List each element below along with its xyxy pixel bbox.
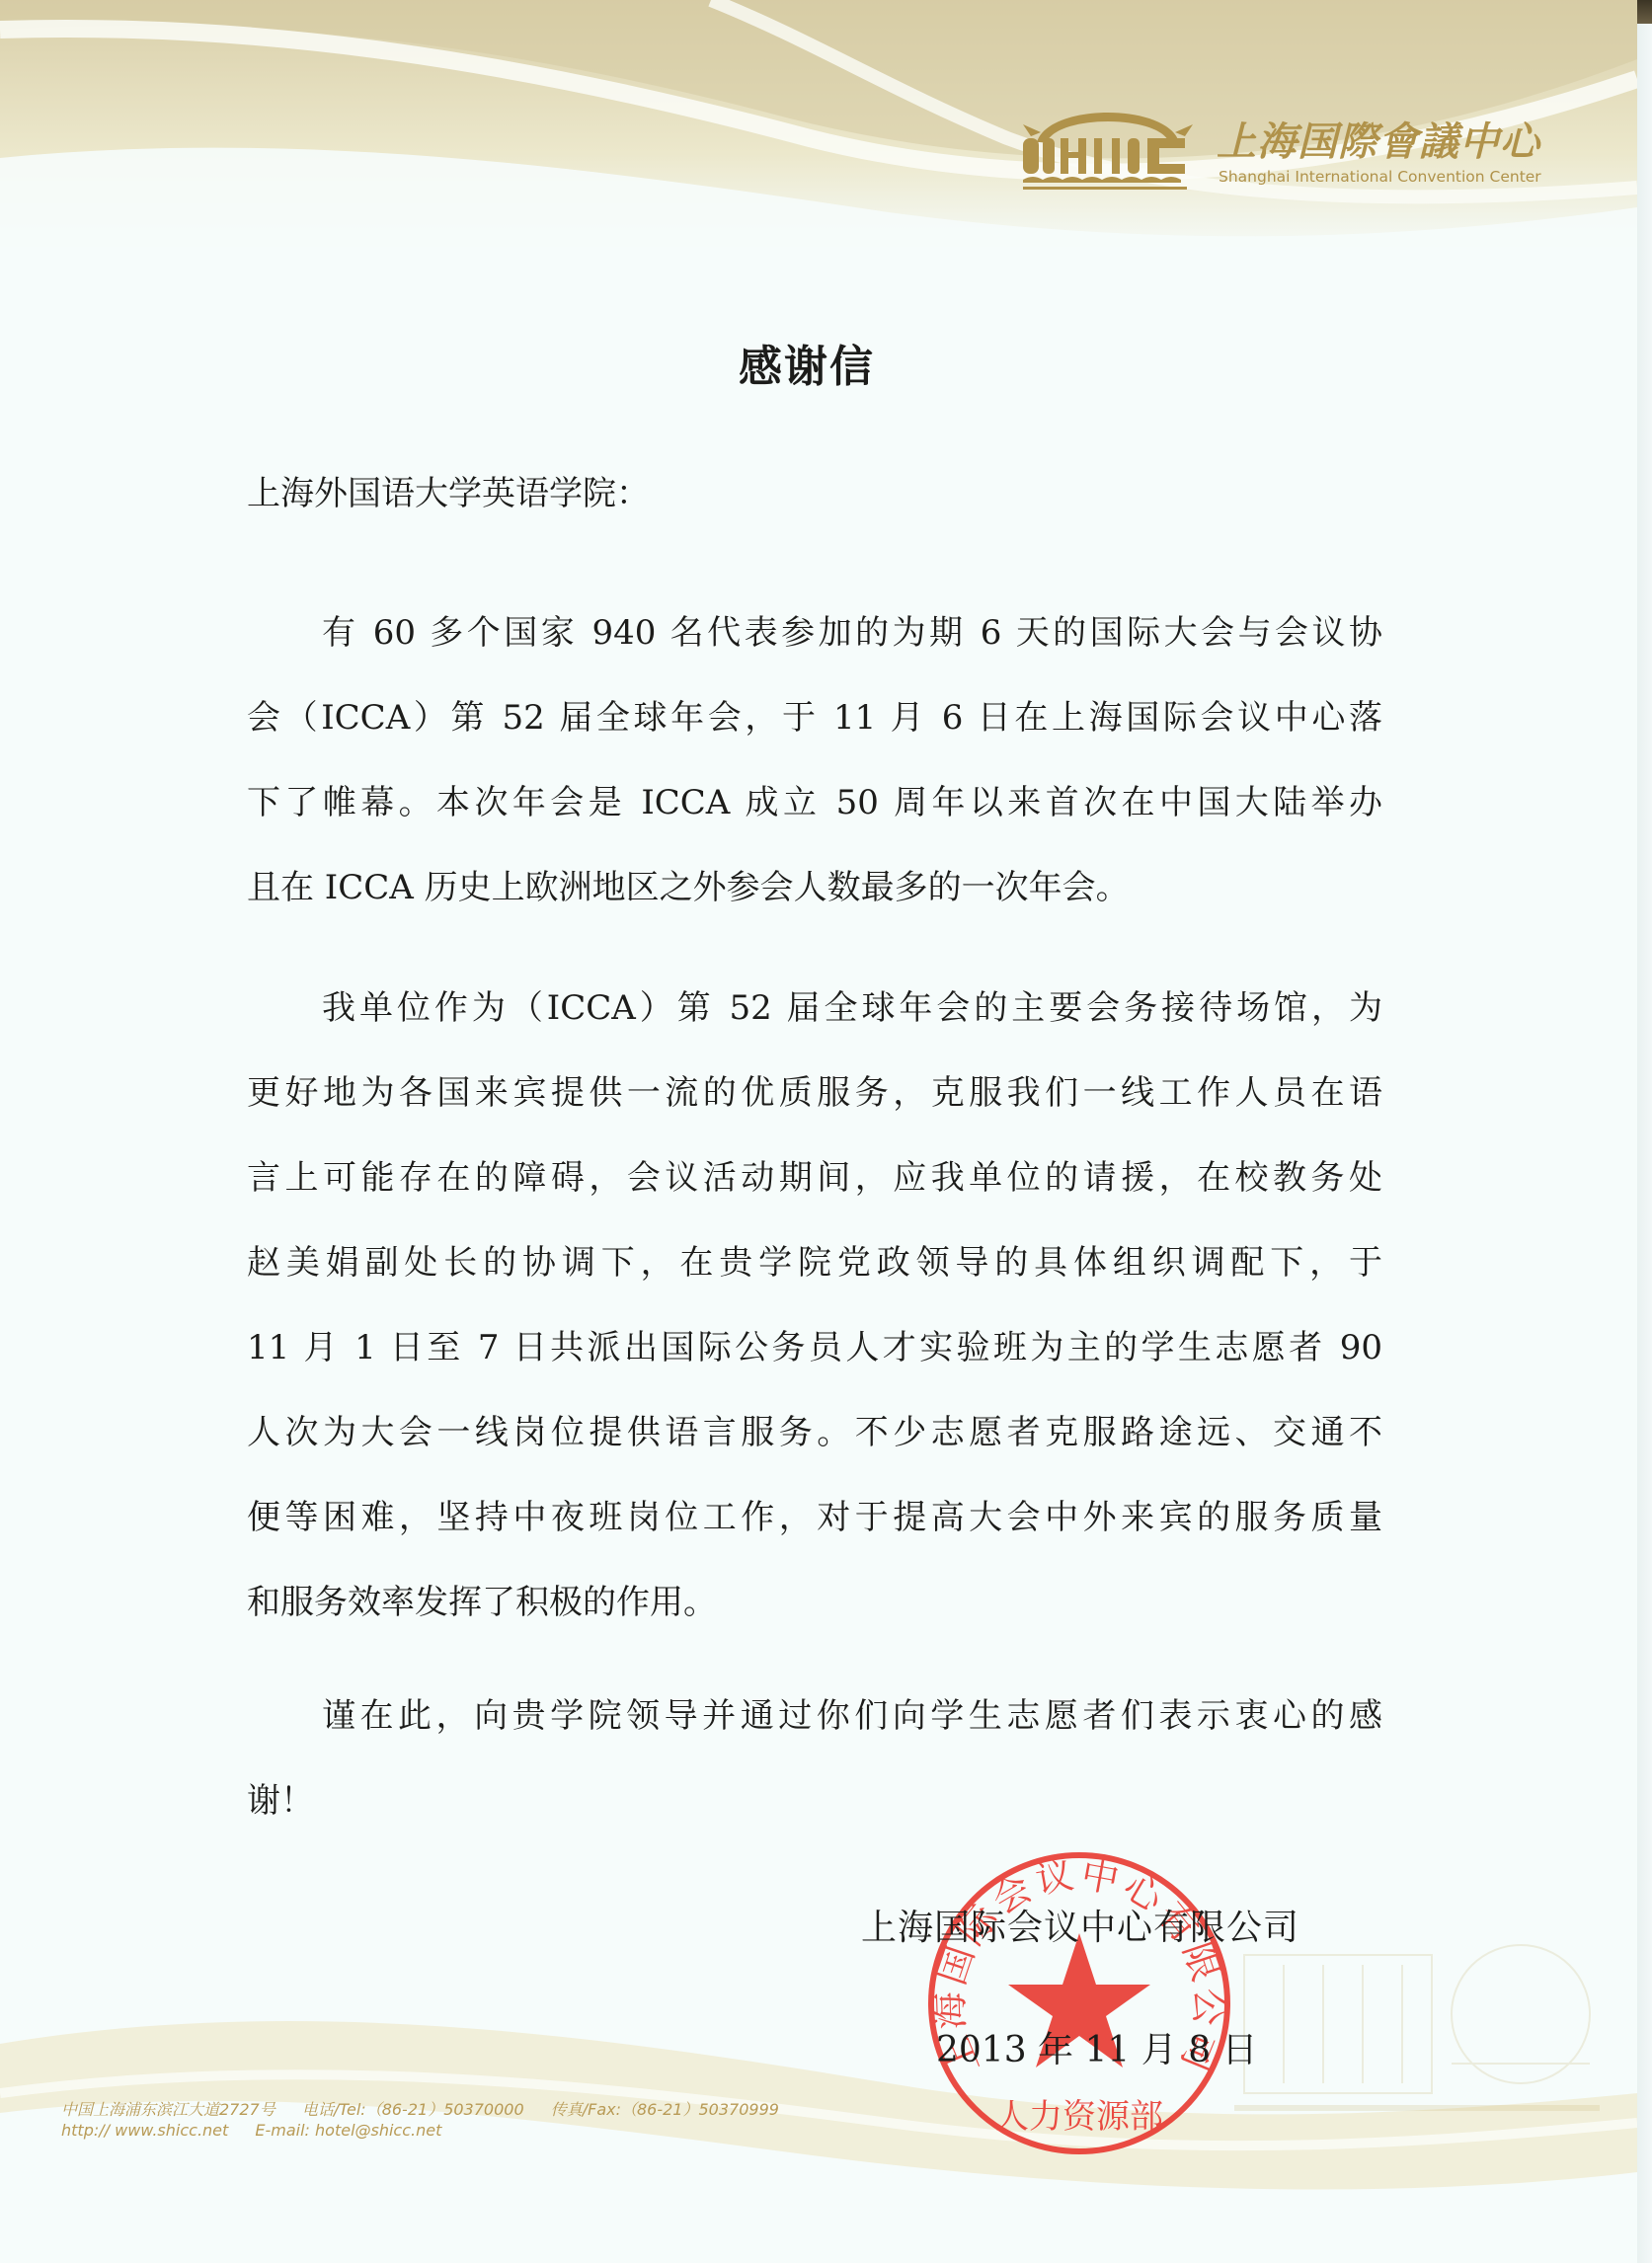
paragraph-line: 赵美娟副处长的协调下，在贵学院党政领导的具体组织调配下，于 bbox=[247, 1220, 1382, 1305]
paragraph-line: 且在 ICCA 历史上欧洲地区之外参会人数最多的一次年会。 bbox=[247, 845, 1382, 930]
company-seal-stamp: 上海国际会议中心有限公司 人力资源部 bbox=[922, 1846, 1236, 2160]
building-watermark bbox=[1234, 1935, 1610, 2152]
footer-address: 中国上海浦东滨江大道2727号 bbox=[61, 2100, 275, 2119]
shicc-logo-icon bbox=[1019, 103, 1197, 192]
footer-email: E-mail: hotel@shicc.net bbox=[255, 2121, 441, 2140]
letter-page: 上海国際會議中心 Shanghai International Conventi… bbox=[0, 0, 1637, 2263]
paragraph-line: 11 月 1 日至 7 日共派出国际公务员人才实验班为主的学生志愿者 90 bbox=[247, 1305, 1382, 1390]
paragraph-line: 下了帷幕。本次年会是 ICCA 成立 50 周年以来首次在中国大陆举办 bbox=[247, 760, 1382, 845]
footer-tel: 电话/Tel:（86-21）50370000 bbox=[302, 2100, 524, 2119]
signature-date: 2013 年 11 月 8 日 bbox=[936, 2022, 1258, 2072]
paragraph-line: 和服务效率发挥了积极的作用。 bbox=[247, 1560, 1382, 1645]
salutation: 上海外国语大学英语学院： bbox=[247, 466, 650, 514]
signature-company: 上海国际会议中心有限公司 bbox=[861, 1900, 1299, 1950]
paragraph-line: 便等困难，坚持中夜班岗位工作，对于提高大会中外来宾的服务质量 bbox=[247, 1475, 1382, 1560]
footer-fax: 传真/Fax:（86-21）50370999 bbox=[551, 2100, 779, 2119]
letterhead-name-cn: 上海国際會議中心 bbox=[1217, 111, 1540, 167]
paragraph-line: 更好地为各国来宾提供一流的优质服务，克服我们一线工作人员在语 bbox=[247, 1051, 1382, 1135]
letter-title: 感谢信 bbox=[739, 331, 875, 394]
paragraph-line: 会（ICCA）第 52 届全球年会，于 11 月 6 日在上海国际会议中心落 bbox=[247, 675, 1382, 760]
paragraph-line: 我单位作为（ICCA）第 52 届全球年会的主要会务接待场馆，为 bbox=[247, 966, 1382, 1051]
paragraph-3: 谨在此，向贵学院领导并通过你们向学生志愿者们表示衷心的感 谢！ bbox=[247, 1674, 1382, 1843]
stamp-department-text: 人力资源部 bbox=[995, 2097, 1163, 2137]
paragraph-2: 我单位作为（ICCA）第 52 届全球年会的主要会务接待场馆，为 更好地为各国来… bbox=[247, 966, 1382, 1645]
paragraph-1: 有 60 多个国家 940 名代表参加的为期 6 天的国际大会与会议协 会（IC… bbox=[247, 590, 1382, 930]
scan-edge bbox=[1637, 0, 1652, 2263]
paragraph-line: 人次为大会一线岗位提供语言服务。不少志愿者克服路途远、交通不 bbox=[247, 1390, 1382, 1475]
paragraph-line: 言上可能存在的障碍，会议活动期间，应我单位的请援，在校教务处 bbox=[247, 1135, 1382, 1220]
footer-website: http:// www.shicc.net bbox=[61, 2121, 228, 2140]
letterhead-name-en: Shanghai International Convention Center bbox=[1219, 168, 1541, 186]
paragraph-line: 谢！ bbox=[247, 1758, 1382, 1843]
paragraph-line: 有 60 多个国家 940 名代表参加的为期 6 天的国际大会与会议协 bbox=[247, 590, 1382, 675]
paragraph-line: 谨在此，向贵学院领导并通过你们向学生志愿者们表示衷心的感 bbox=[247, 1674, 1382, 1758]
footer-contact: 中国上海浦东滨江大道2727号 电话/Tel:（86-21）50370000 传… bbox=[61, 2097, 779, 2145]
letterhead-logo: 上海国際會議中心 Shanghai International Conventi… bbox=[1019, 103, 1533, 192]
scan-corner-shadow bbox=[1637, 0, 1652, 24]
